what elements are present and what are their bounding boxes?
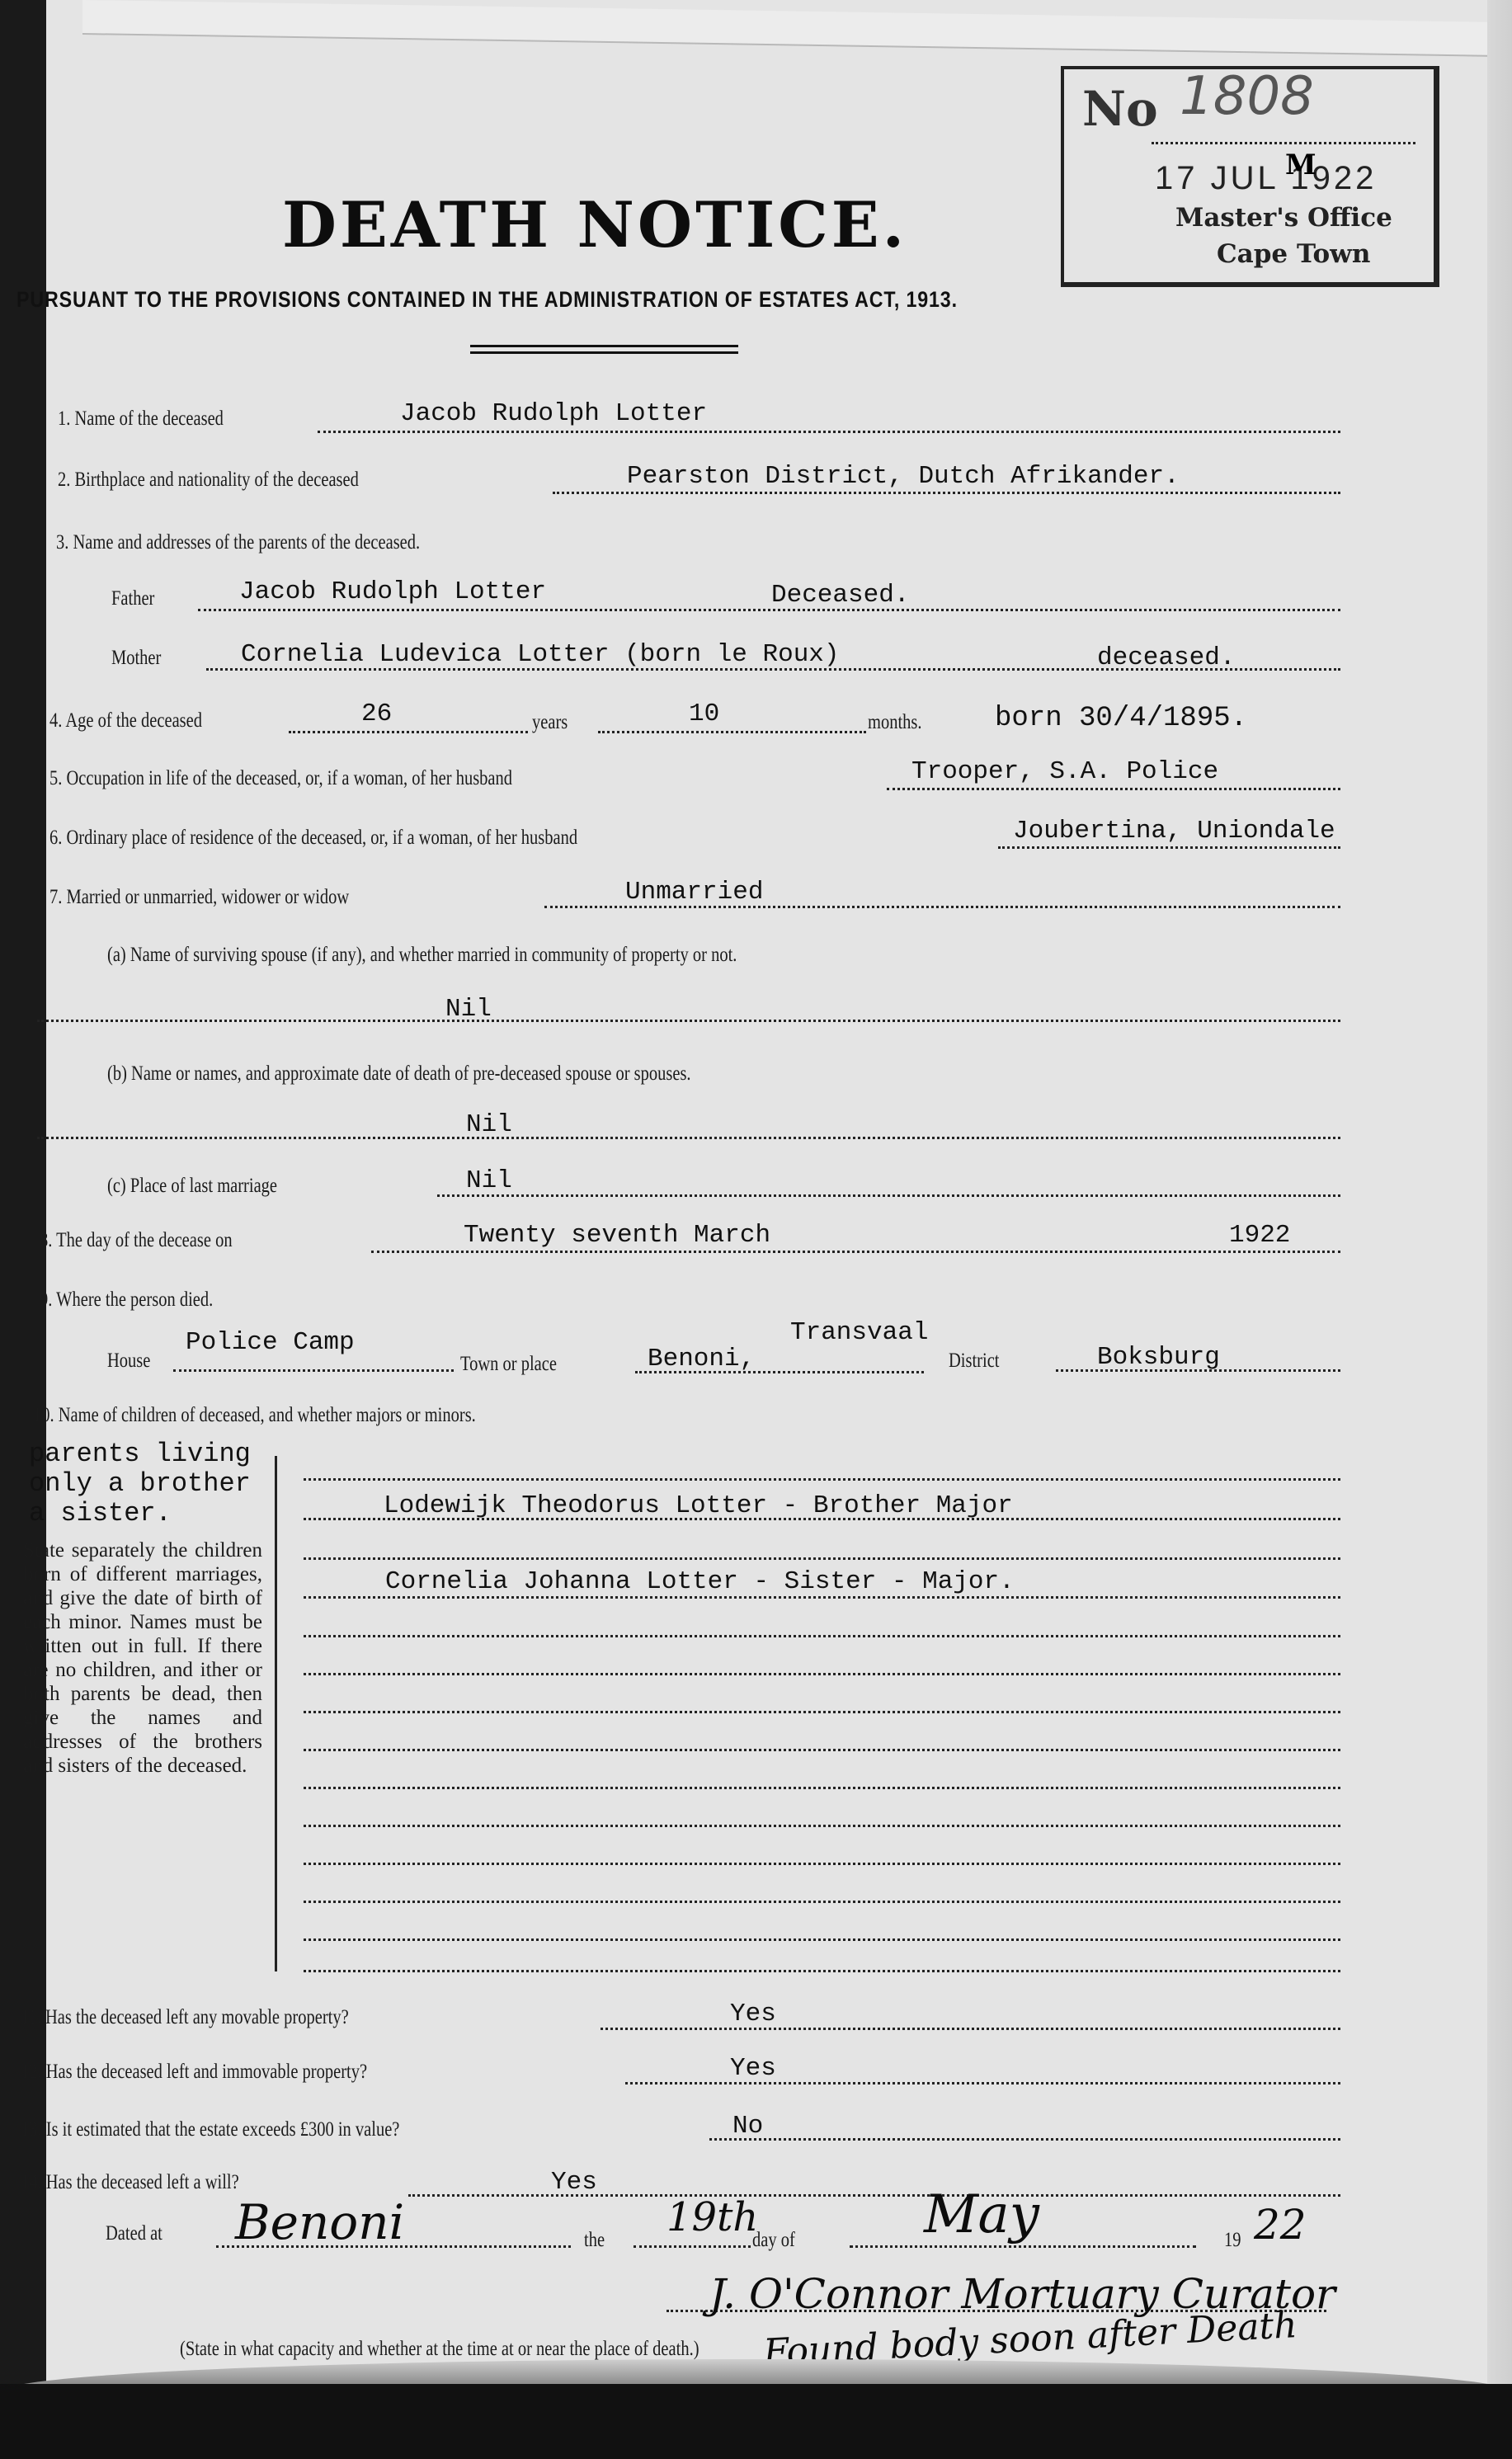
- name-label: 1. Name of the deceased: [58, 407, 224, 431]
- name-dots: [318, 431, 1340, 433]
- masters-office-stamp: No 1808 17 JUL 1922 M Master's Office Ca…: [1061, 66, 1439, 287]
- question-11-value: Yes: [730, 2000, 776, 2028]
- birthplace-value: Pearston District, Dutch Afrikander.: [627, 462, 1180, 491]
- children-label: 10. Name of children of deceased, and wh…: [33, 1404, 476, 1427]
- name-value: Jacob Rudolph Lotter: [400, 399, 707, 428]
- children-line-2: [304, 1518, 1340, 1520]
- residence-value: Joubertina, Uniondale: [1013, 817, 1335, 846]
- age-months-label: months.: [868, 711, 921, 734]
- question-14-dots: [408, 2194, 1340, 2197]
- spouse-a-dots: [37, 1020, 1340, 1022]
- age-months: 10: [689, 700, 719, 728]
- birthplace-label: 2. Birthplace and nationality of the dec…: [58, 469, 359, 492]
- spouse-c-dots: [437, 1194, 1340, 1197]
- question-13-value: No: [732, 2112, 763, 2141]
- spouse-c-label: (c) Place of last marriage: [107, 1175, 277, 1198]
- district-value: Boksburg: [1097, 1343, 1220, 1372]
- stamp-number: 1808: [1180, 66, 1314, 127]
- age-label: 4. Age of the deceased: [49, 709, 202, 733]
- marital-value: Unmarried: [625, 878, 763, 907]
- stamp-city: Cape Town: [1217, 239, 1370, 269]
- mother-status: deceased.: [1097, 643, 1235, 672]
- page-title: DEATH NOTICE.: [282, 188, 907, 261]
- question-13-dots: [709, 2138, 1340, 2141]
- age-years-label: years: [532, 711, 568, 734]
- children-line-8: [304, 1749, 1340, 1751]
- children-line-14: [304, 1970, 1340, 1972]
- question-14-value: Yes: [551, 2168, 597, 2197]
- spouse-b-dots: [37, 1137, 1340, 1139]
- children-instructions: State separately the children born of di…: [23, 1538, 262, 1778]
- decease-day-value: Twenty seventh March: [464, 1221, 770, 1250]
- capacity-note: (State in what capacity and whether at t…: [180, 2338, 699, 2361]
- day-of-label: day of: [752, 2229, 795, 2252]
- typed-note-line-2: only a brother: [29, 1469, 251, 1499]
- spouse-b-label: (b) Name or names, and approximate date …: [107, 1062, 691, 1086]
- children-line-9: [304, 1787, 1340, 1789]
- mother-value: Cornelia Ludevica Lotter (born le Roux): [241, 640, 840, 669]
- children-line-12: [304, 1901, 1340, 1903]
- children-line-6: [304, 1673, 1340, 1675]
- stamp-office: Master's Office: [1175, 203, 1392, 233]
- age-years: 26: [361, 700, 392, 728]
- children-line-1: [304, 1478, 1340, 1481]
- house-label: House: [107, 1350, 150, 1373]
- father-status: Deceased.: [771, 581, 909, 610]
- day-dots: [634, 2245, 751, 2248]
- district-label: District: [949, 1350, 1000, 1373]
- spouse-a-value: Nil: [445, 995, 492, 1024]
- title-rule-bottom: [470, 351, 738, 354]
- stamp-number-dots: [1152, 142, 1415, 144]
- dated-at-label: Dated at: [106, 2222, 163, 2245]
- child-entry-2: Cornelia Johanna Lotter - Sister - Major…: [385, 1567, 1015, 1596]
- children-line-10: [304, 1825, 1340, 1827]
- year-prefix: 19: [1224, 2229, 1241, 2252]
- decease-day-dots: [371, 1251, 1340, 1253]
- dated-day: 19th: [667, 2194, 758, 2240]
- spouse-b-value: Nil: [466, 1110, 512, 1139]
- mother-label: Mother: [111, 647, 161, 670]
- month-dots: [850, 2245, 1196, 2248]
- dated-month: May: [924, 2184, 1039, 2245]
- children-brace: [275, 1456, 285, 1971]
- the-label: the: [584, 2229, 605, 2252]
- typed-note-line-3: a sister.: [29, 1499, 251, 1529]
- birth-date-note: born 30/4/1895.: [995, 703, 1247, 734]
- document-page: [46, 0, 1512, 2459]
- spouse-c-value: Nil: [466, 1166, 512, 1195]
- age-months-dots: [598, 731, 866, 733]
- stamp-no-label: No: [1082, 81, 1158, 137]
- question-13-label: 13. Is it estimated that the estate exce…: [21, 2118, 399, 2141]
- question-11-label: 11. Has the deceased left any movable pr…: [21, 2006, 349, 2029]
- question-14-label: 14. Has the deceased left a will?: [21, 2171, 239, 2194]
- father-label: Father: [111, 587, 154, 610]
- birthplace-dots: [553, 492, 1340, 494]
- parents-label: 3. Name and addresses of the parents of …: [56, 531, 420, 554]
- residence-dots: [998, 846, 1340, 849]
- house-dots: [173, 1369, 454, 1372]
- dated-year-suffix: 22: [1254, 2201, 1307, 2249]
- children-line-4: [304, 1596, 1340, 1599]
- decease-year: 1922: [1229, 1221, 1290, 1250]
- stamp-date: 17 JUL 1922: [1155, 160, 1377, 197]
- house-value: Police Camp: [186, 1328, 355, 1357]
- occupation-value: Trooper, S.A. Police: [911, 757, 1218, 786]
- question-11-dots: [601, 2028, 1340, 2030]
- scan-bottom-background: [0, 2384, 1512, 2459]
- father-dots: [198, 609, 1340, 611]
- page-subtitle: PURSUANT TO THE PROVISIONS CONTAINED IN …: [16, 287, 958, 313]
- page-right-edge: [1487, 0, 1512, 2459]
- children-line-13: [304, 1938, 1340, 1941]
- children-line-3: [304, 1557, 1340, 1560]
- town-value: Benoni,: [648, 1345, 755, 1373]
- decease-day-label: 8. The day of the decease on: [40, 1229, 233, 1252]
- title-rule-top: [470, 345, 738, 347]
- where-died-label: 9. Where the person died.: [40, 1288, 213, 1312]
- child-entry-1: Lodewijk Theodorus Lotter - Brother Majo…: [384, 1491, 1013, 1520]
- town-label: Town or place: [460, 1353, 557, 1376]
- children-line-11: [304, 1863, 1340, 1865]
- children-typed-note: parents living only a brother a sister.: [29, 1439, 251, 1529]
- dated-at-place: Benoni: [235, 2194, 404, 2250]
- occupation-dots: [887, 788, 1340, 790]
- question-12-label: 12. Has the deceased left and immovable …: [21, 2061, 367, 2084]
- typed-note-line-1: parents living: [29, 1439, 251, 1469]
- spouse-a-label: (a) Name of surviving spouse (if any), a…: [107, 944, 737, 967]
- age-years-dots: [289, 731, 528, 733]
- marital-label: 7. Married or unmarried, widower or wido…: [49, 886, 349, 909]
- residence-label: 6. Ordinary place of residence of the de…: [49, 827, 577, 850]
- occupation-label: 5. Occupation in life of the deceased, o…: [49, 767, 512, 790]
- question-12-value: Yes: [730, 2054, 776, 2083]
- father-value: Jacob Rudolph Lotter: [239, 577, 546, 606]
- stamp-mark: M: [1285, 148, 1317, 181]
- town-above-value: Transvaal: [790, 1318, 928, 1347]
- children-line-5: [304, 1635, 1340, 1637]
- children-line-7: [304, 1711, 1340, 1713]
